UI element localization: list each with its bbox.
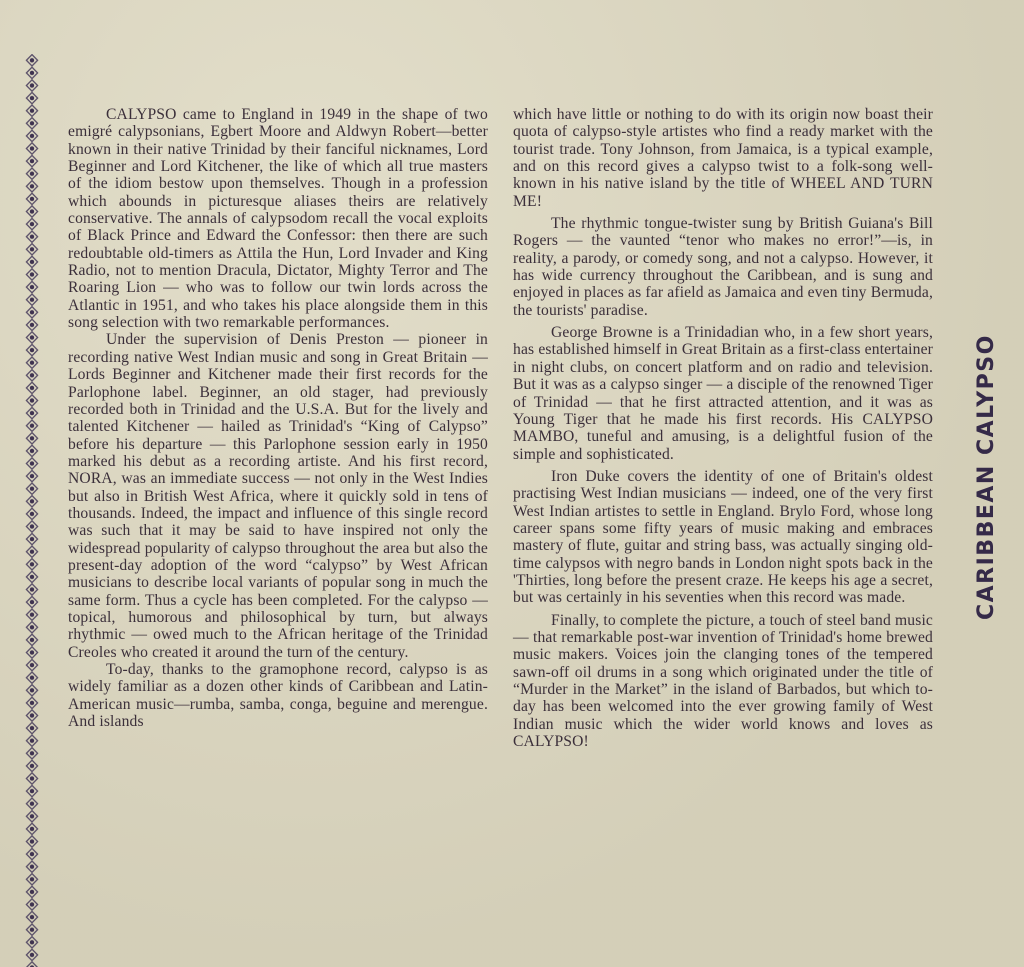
paragraph-george-browne: George Browne is a Trinidadian who, in a… [513,324,933,463]
paragraph-iron-duke: Iron Duke covers the identity of one of … [513,468,933,607]
vertical-album-title: CARIBBEAN CALYPSO [974,334,999,620]
left-text-column: CALYPSO came to England in 1949 in the s… [68,106,488,730]
paragraph-denis-preston: Under the supervision of Denis Preston —… [68,331,488,661]
paragraph-bill-rogers: The rhythmic tongue-twister sung by Brit… [513,215,933,319]
diamond-chain-icon [24,54,40,967]
right-text-column: which have little or nothing to do with … [513,106,933,750]
ornamental-border-chain [24,54,40,967]
paragraph-steel-band: Finally, to complete the picture, a touc… [513,612,933,751]
paragraph-continuation: which have little or nothing to do with … [513,106,933,210]
paragraph-today: To-day, thanks to the gramophone record,… [68,661,488,730]
paragraph-calypso-arrival: CALYPSO came to England in 1949 in the s… [68,106,488,331]
